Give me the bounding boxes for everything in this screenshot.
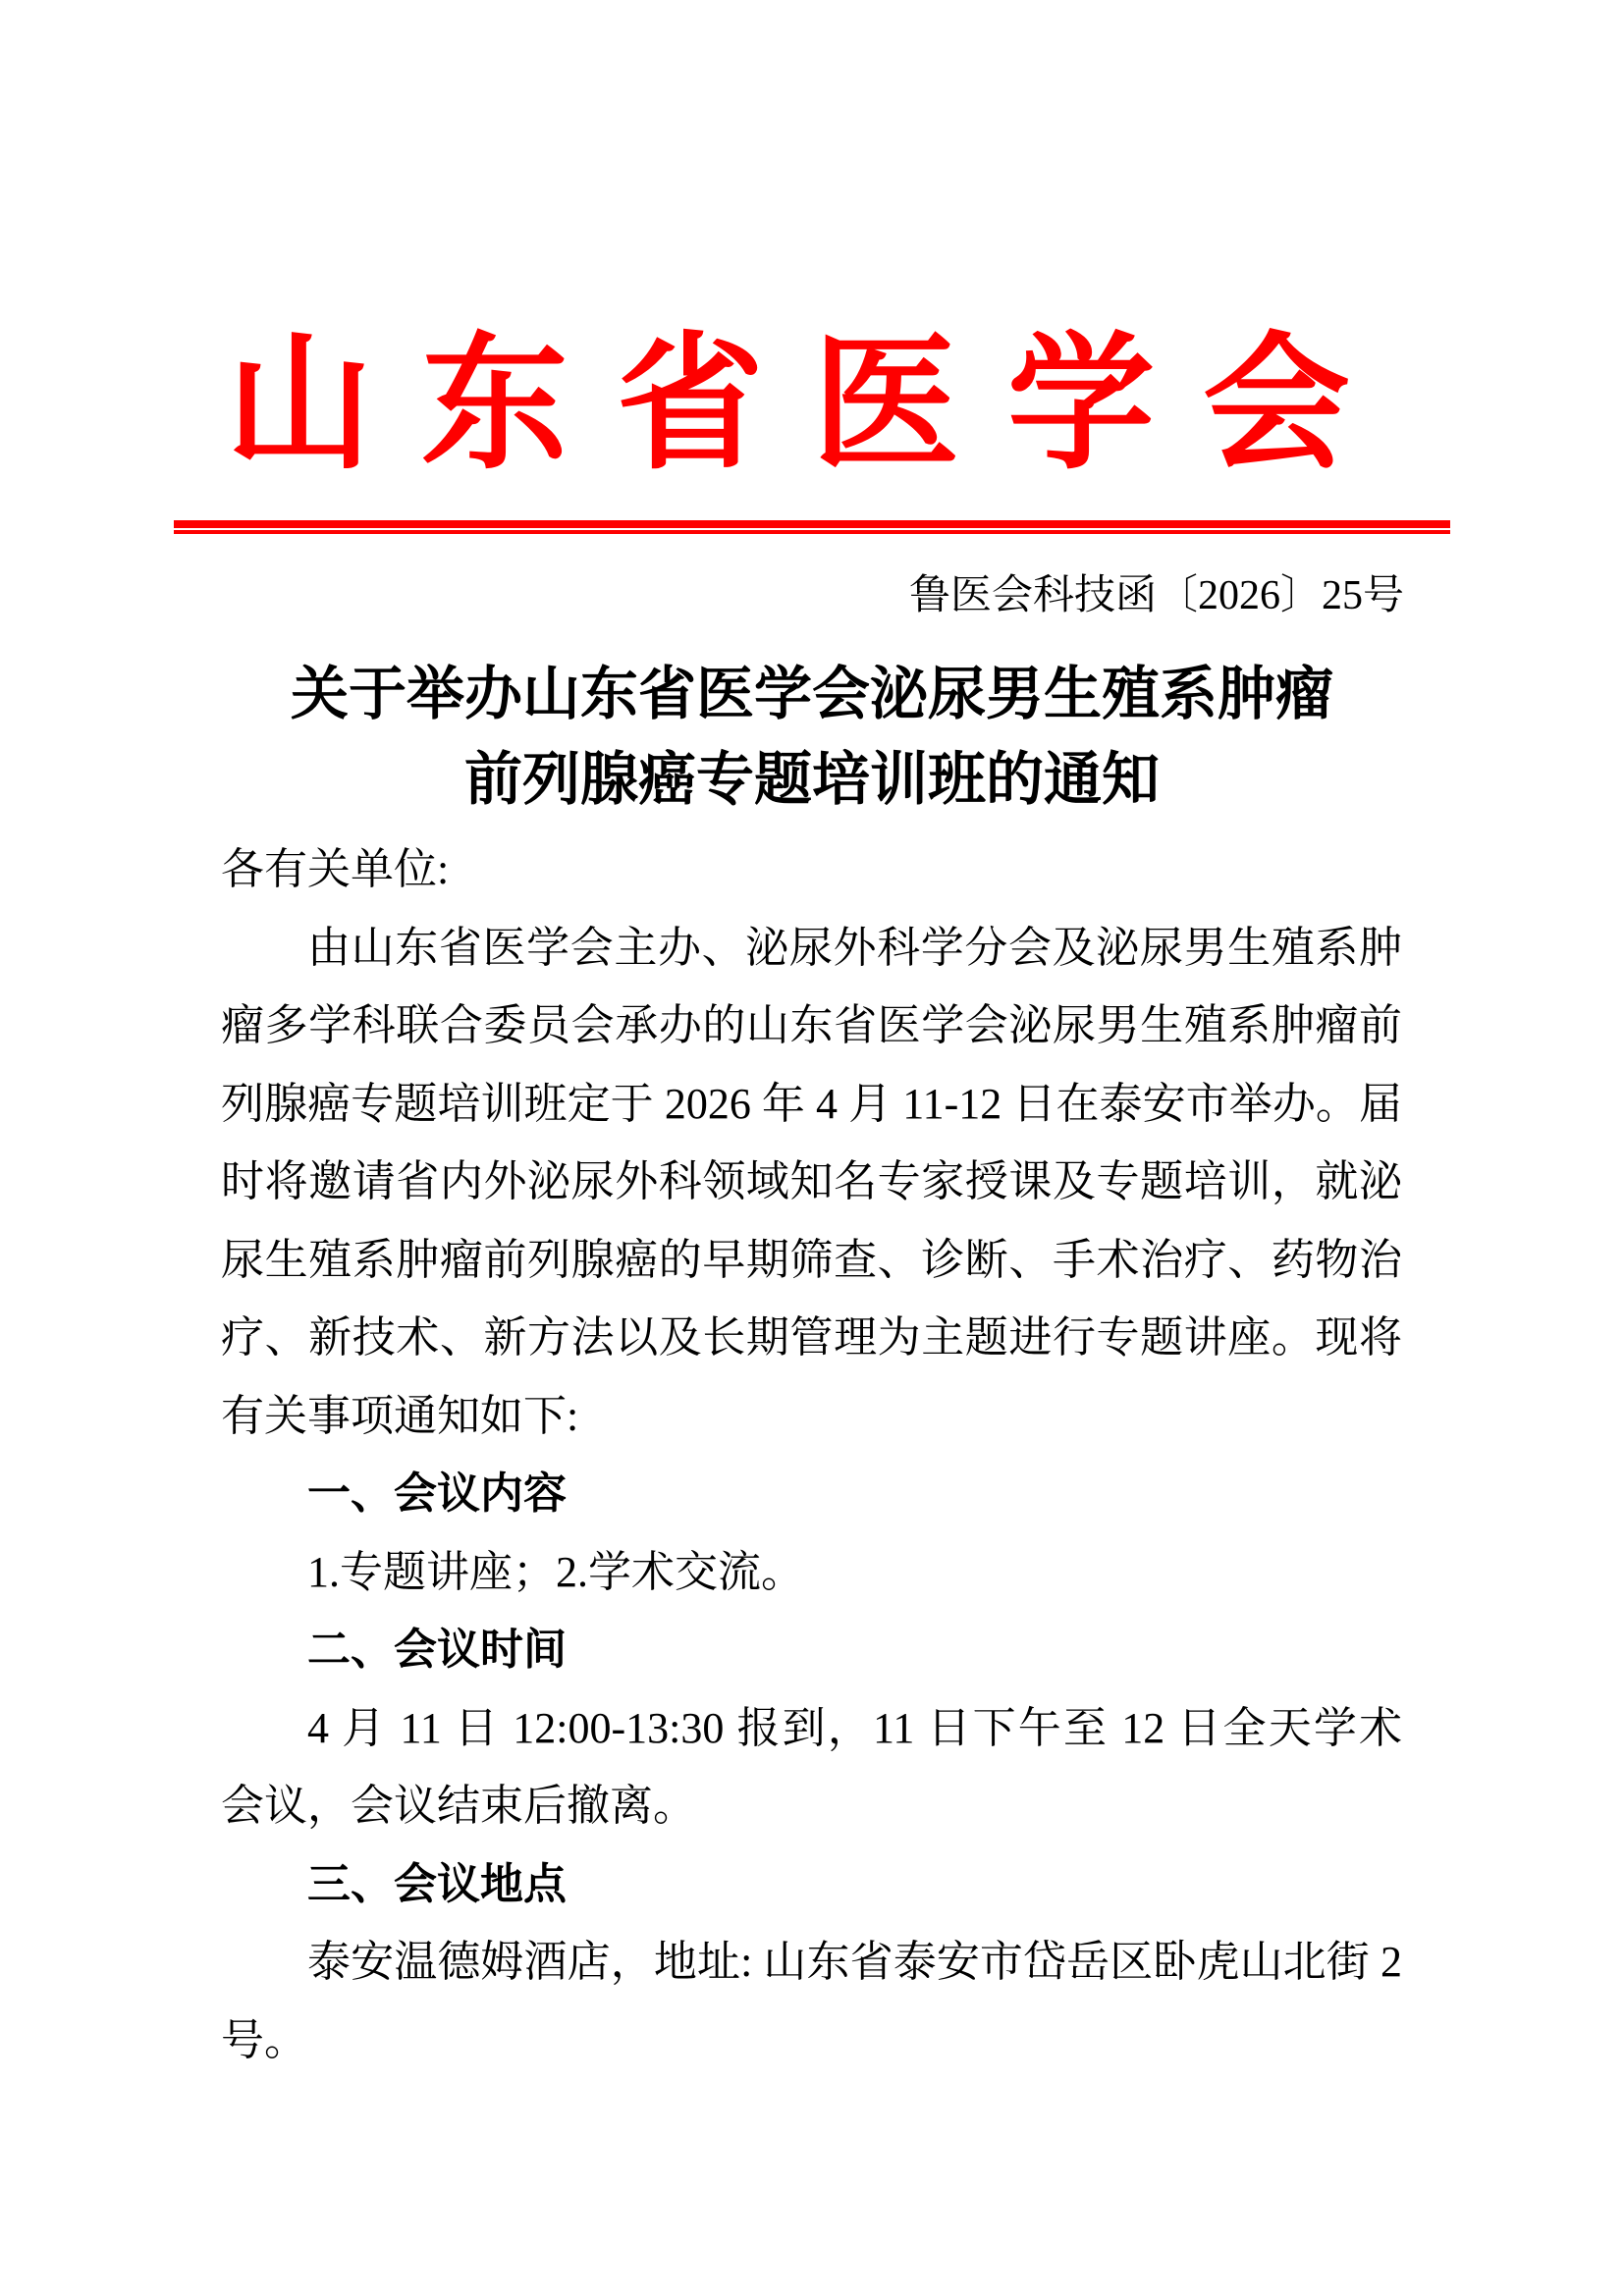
organization-title: 山东省医学会 <box>0 332 1624 479</box>
body-line: 会议，会议结束后撤离。 <box>221 1767 1402 1845</box>
body-line: 号。 <box>221 2002 1402 2080</box>
body-line: 由山东省医学会主办、泌尿外科学分会及泌尿男生殖系肿 <box>221 909 1402 988</box>
reference-number: 鲁医会科技函〔2026〕25号 <box>221 573 1404 618</box>
section-heading: 二、会议时间 <box>221 1611 1402 1689</box>
document-page: 山东省医学会 鲁医会科技函〔2026〕25号 关于举办山东省医学会泌尿男生殖系肿… <box>0 0 1624 2296</box>
section-heading: 三、会议地点 <box>221 1845 1402 1924</box>
document-title-line1: 关于举办山东省医学会泌尿男生殖系肿瘤 <box>0 652 1624 737</box>
body-line: 疗、新技术、新方法以及长期管理为主题进行专题讲座。现将 <box>221 1299 1402 1377</box>
body-line: 尿生殖系肿瘤前列腺癌的早期筛查、诊断、手术治疗、药物治 <box>221 1221 1402 1300</box>
body-line: 1.专题讲座；2.学术交流。 <box>221 1533 1402 1612</box>
body-line: 有关事项通知如下: <box>221 1377 1402 1456</box>
masthead: 山东省医学会 <box>0 0 1624 479</box>
body-line: 4 月 11 日 12:00-13:30 报到，11 日下午至 12 日全天学术 <box>221 1689 1402 1768</box>
document-title-line2: 前列腺癌专题培训班的通知 <box>0 737 1624 823</box>
divider-thick-bar <box>174 520 1450 528</box>
body-line: 各有关单位: <box>221 830 1402 909</box>
body-line: 泰安温德姆酒店，地址: 山东省泰安市岱岳区卧虎山北街 2 <box>221 1923 1402 2002</box>
red-divider <box>174 520 1450 534</box>
document-title: 关于举办山东省医学会泌尿男生殖系肿瘤 前列腺癌专题培训班的通知 <box>0 652 1624 823</box>
document-body: 各有关单位:由山东省医学会主办、泌尿外科学分会及泌尿男生殖系肿瘤多学科联合委员会… <box>221 830 1402 2079</box>
section-heading: 一、会议内容 <box>221 1455 1402 1533</box>
divider-thin-bar <box>174 530 1450 534</box>
body-line: 列腺癌专题培训班定于 2026 年 4 月 11-12 日在泰安市举办。届 <box>221 1065 1402 1144</box>
body-line: 时将邀请省内外泌尿外科领域知名专家授课及专题培训，就泌 <box>221 1143 1402 1221</box>
body-line: 瘤多学科联合委员会承办的山东省医学会泌尿男生殖系肿瘤前 <box>221 987 1402 1065</box>
